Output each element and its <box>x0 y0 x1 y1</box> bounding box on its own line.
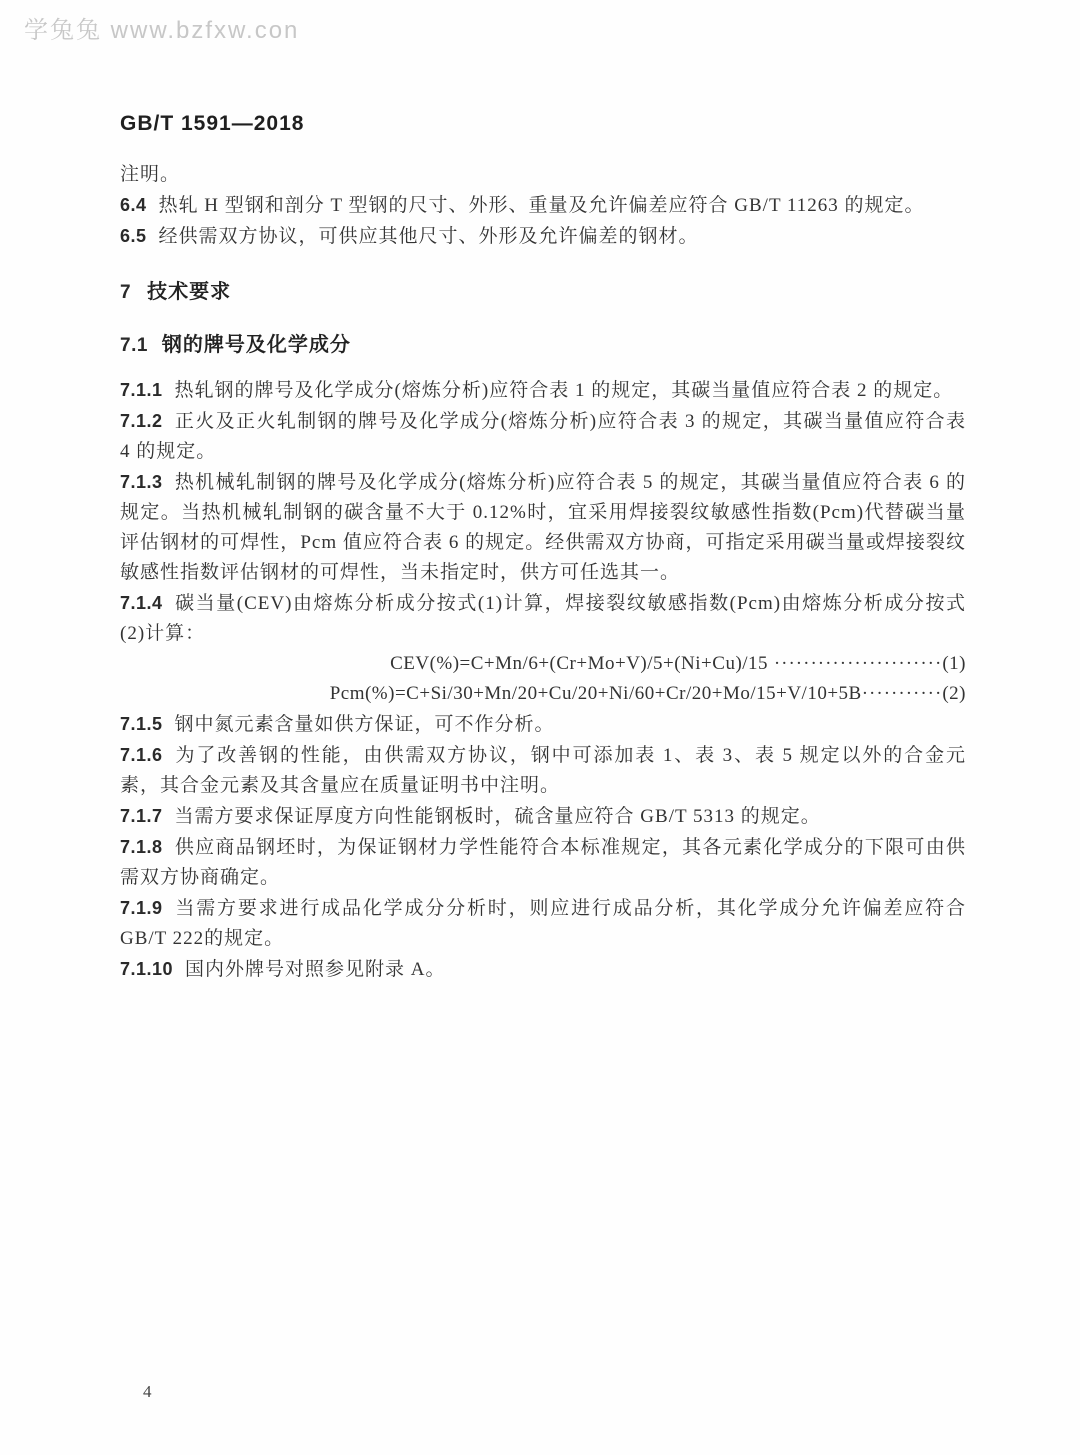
clause-number: 7.1.9 <box>120 898 163 918</box>
clause-text: 当需方要求进行成品化学成分分析时，则应进行成品分析，其化学成分允许偏差应符合 G… <box>120 898 966 949</box>
dot-leader: ··········· <box>862 683 943 704</box>
clause-number: 7.1.5 <box>120 714 163 734</box>
clause-text: 为了改善钢的性能，由供需双方协议，钢中可添加表 1、表 3、表 5 规定以外的合… <box>120 745 966 796</box>
paragraph-note: 注明。 <box>120 160 966 190</box>
clause-6-4: 6.4热轧 H 型钢和剖分 T 型钢的尺寸、外形、重量及允许偏差应符合 GB/T… <box>120 190 966 221</box>
clause-text: 供应商品钢坯时，为保证钢材力学性能符合本标准规定，其各元素化学成分的下限可由供需… <box>120 837 966 888</box>
document-body: 注明。 6.4热轧 H 型钢和剖分 T 型钢的尺寸、外形、重量及允许偏差应符合 … <box>120 160 966 985</box>
section-title: 技术要求 <box>147 281 231 303</box>
clause-number: 7.1.6 <box>120 745 163 765</box>
clause-number: 7.1.7 <box>120 806 163 826</box>
clause-7-1-10: 7.1.10国内外牌号对照参见附录 A。 <box>120 954 966 985</box>
clause-number: 7.1.10 <box>120 959 173 979</box>
clause-7-1-8: 7.1.8供应商品钢坯时，为保证钢材力学性能符合本标准规定，其各元素化学成分的下… <box>120 832 966 893</box>
clause-7-1-6: 7.1.6为了改善钢的性能，由供需双方协议，钢中可添加表 1、表 3、表 5 规… <box>120 740 966 801</box>
clause-text: 国内外牌号对照参见附录 A。 <box>185 959 445 980</box>
standard-code-header: GB/T 1591—2018 <box>120 112 304 136</box>
equation-number: (2) <box>942 683 966 704</box>
clause-text: 正火及正火轧制钢的牌号及化学成分(熔炼分析)应符合表 3 的规定，其碳当量值应符… <box>120 411 966 462</box>
formula-cev: CEV(%)=C+Mn/6+(Cr+Mo+V)/5+(Ni+Cu)/15 ···… <box>120 649 966 679</box>
section-heading-7-1: 7.1钢的牌号及化学成分 <box>120 330 966 361</box>
formula-expression: Pcm(%)=C+Si/30+Mn/20+Cu/20+Ni/60+Cr/20+M… <box>330 683 862 704</box>
document-page: 学兔兔 www.bzfxw.con GB/T 1591—2018 注明。 6.4… <box>0 0 1080 1455</box>
clause-7-1-9: 7.1.9当需方要求进行成品化学成分分析时，则应进行成品分析，其化学成分允许偏差… <box>120 893 966 954</box>
clause-number: 7.1.8 <box>120 837 163 857</box>
clause-number: 6.4 <box>120 195 147 215</box>
clause-7-1-5: 7.1.5钢中氮元素含量如供方保证，可不作分析。 <box>120 709 966 740</box>
clause-text: 热轧钢的牌号及化学成分(熔炼分析)应符合表 1 的规定，其碳当量值应符合表 2 … <box>175 380 954 401</box>
clause-7-1-3: 7.1.3热机械轧制钢的牌号及化学成分(熔炼分析)应符合表 5 的规定，其碳当量… <box>120 467 966 588</box>
section-title: 钢的牌号及化学成分 <box>162 334 351 356</box>
clause-number: 7.1.2 <box>120 411 163 431</box>
clause-6-5: 6.5经供需双方协议，可供应其他尺寸、外形及允许偏差的钢材。 <box>120 221 966 252</box>
clause-text: 热轧 H 型钢和剖分 T 型钢的尺寸、外形、重量及允许偏差应符合 GB/T 11… <box>159 195 925 216</box>
clause-7-1-4: 7.1.4碳当量(CEV)由熔炼分析成分按式(1)计算，焊接裂纹敏感指数(Pcm… <box>120 588 966 649</box>
formula-expression: CEV(%)=C+Mn/6+(Cr+Mo+V)/5+(Ni+Cu)/15 <box>390 653 768 674</box>
clause-7-1-2: 7.1.2正火及正火轧制钢的牌号及化学成分(熔炼分析)应符合表 3 的规定，其碳… <box>120 406 966 467</box>
clause-text: 热机械轧制钢的牌号及化学成分(熔炼分析)应符合表 5 的规定，其碳当量值应符合表… <box>120 472 966 583</box>
clause-text: 钢中氮元素含量如供方保证，可不作分析。 <box>175 714 555 735</box>
clause-number: 6.5 <box>120 226 147 246</box>
section-number: 7 <box>120 282 131 303</box>
section-number: 7.1 <box>120 335 148 356</box>
dot-leader: ······················· <box>768 653 942 674</box>
equation-number: (1) <box>942 653 966 674</box>
clause-number: 7.1.4 <box>120 593 163 613</box>
clause-number: 7.1.1 <box>120 380 163 400</box>
formula-pcm: Pcm(%)=C+Si/30+Mn/20+Cu/20+Ni/60+Cr/20+M… <box>120 679 966 709</box>
clause-text: 经供需双方协议，可供应其他尺寸、外形及允许偏差的钢材。 <box>159 226 699 247</box>
watermark-text: 学兔兔 www.bzfxw.con <box>24 10 299 45</box>
clause-7-1-7: 7.1.7当需方要求保证厚度方向性能钢板时，硫含量应符合 GB/T 5313 的… <box>120 801 966 832</box>
section-heading-7: 7技术要求 <box>120 277 966 308</box>
paragraph-text: 注明。 <box>120 164 180 185</box>
clause-text: 当需方要求保证厚度方向性能钢板时，硫含量应符合 GB/T 5313 的规定。 <box>175 806 821 827</box>
clause-number: 7.1.3 <box>120 472 163 492</box>
page-number: 4 <box>143 1382 152 1402</box>
clause-7-1-1: 7.1.1热轧钢的牌号及化学成分(熔炼分析)应符合表 1 的规定，其碳当量值应符… <box>120 375 966 406</box>
clause-text: 碳当量(CEV)由熔炼分析成分按式(1)计算，焊接裂纹敏感指数(Pcm)由熔炼分… <box>120 593 966 644</box>
